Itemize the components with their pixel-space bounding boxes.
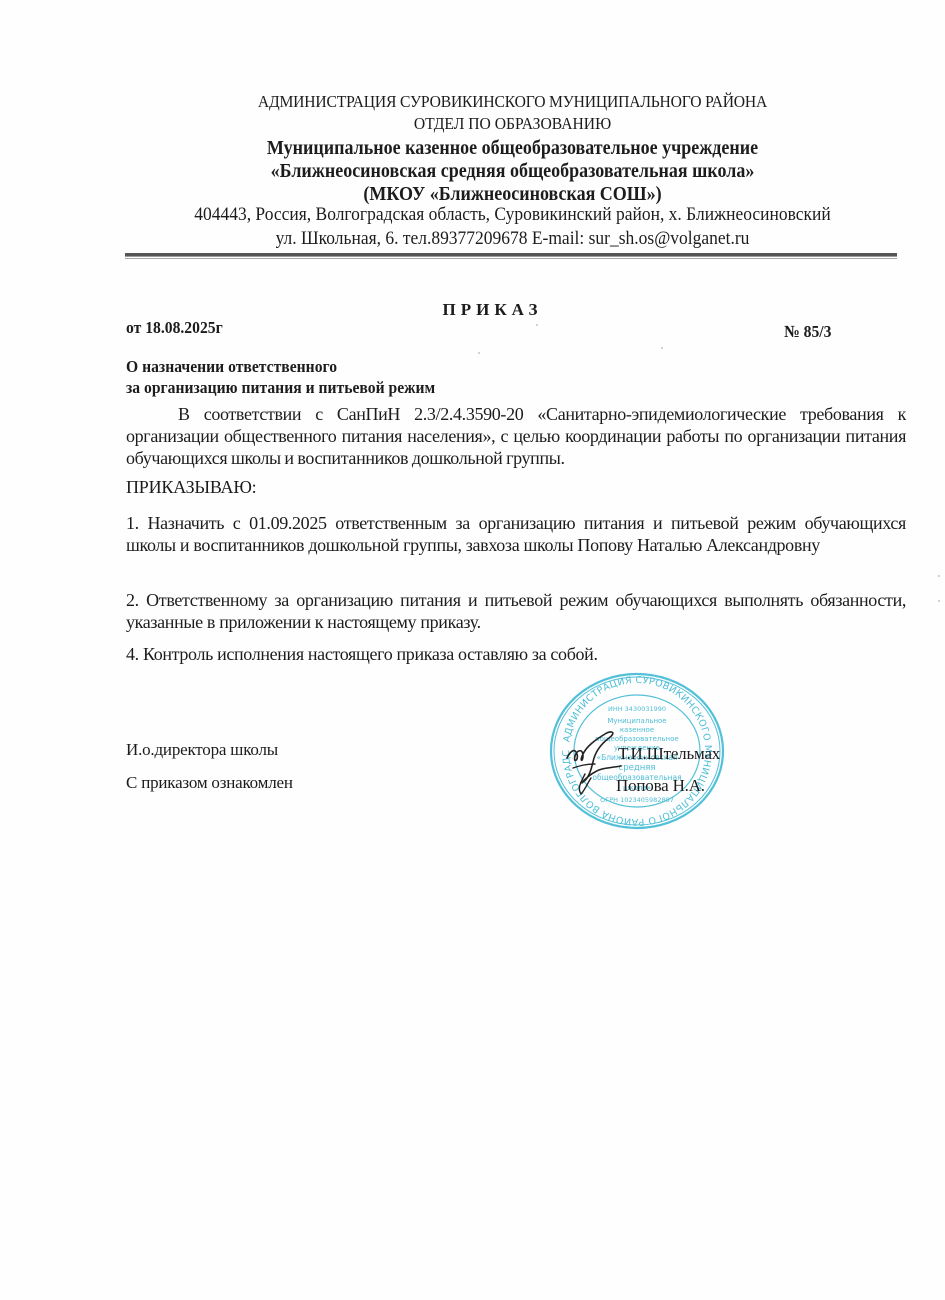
order-item-4: 4. Контроль исполнения настоящего приказ… <box>126 643 906 665</box>
document-page: АДМИНИСТРАЦИЯ СУРОВИКИНСКОГО МУНИЦИПАЛЬН… <box>0 0 945 1300</box>
order-date: от 18.08.2025г <box>126 318 223 338</box>
preamble-paragraph: В соответствии с СанПиН 2.3/2.4.3590-20 … <box>126 403 906 469</box>
director-name: Т.И.Штельмах <box>618 744 720 764</box>
acknowledged-person-name: Попова Н.А. <box>616 776 705 796</box>
order-number: № 85/3 <box>784 322 831 342</box>
header-school-name: «Ближнеосиновская средняя общеобразовате… <box>87 160 938 183</box>
order-title: ПРИКАЗ <box>0 300 945 320</box>
director-title-label: И.о.директора школы <box>126 740 278 760</box>
header-divider-thin <box>125 258 897 259</box>
scan-speck <box>938 575 940 577</box>
header-divider <box>125 253 897 257</box>
scan-speck <box>661 347 663 349</box>
header-contacts: ул. Школьная, 6. тел.89377209678 E-mail:… <box>78 228 945 250</box>
order-subject: О назначении ответственного за организац… <box>126 356 435 398</box>
order-item-2: 2. Ответственному за организацию питания… <box>126 589 906 633</box>
header-institution: Муниципальное казенное общеобразовательн… <box>87 137 938 160</box>
header-school-abbr: (МКОУ «Ближнеосиновская СОШ») <box>87 183 938 206</box>
scan-speck <box>938 600 940 602</box>
order-item-1: 1. Назначить с 01.09.2025 ответственным … <box>126 512 906 556</box>
handwritten-signature-icon <box>565 728 625 798</box>
order-subject-line-1: О назначении ответственного <box>126 356 435 377</box>
scan-speck <box>478 352 480 354</box>
header-address: 404443, Россия, Волгоградская область, С… <box>78 204 945 226</box>
svg-text:ИНН 3430031990: ИНН 3430031990 <box>608 705 666 713</box>
order-subject-line-2: за организацию питания и питьевой режим <box>126 377 435 398</box>
header-department: ОТДЕЛ ПО ОБРАЗОВАНИЮ <box>78 114 945 134</box>
svg-text:Муниципальное: Муниципальное <box>607 717 666 725</box>
scan-speck <box>700 545 702 547</box>
directive-heading: ПРИКАЗЫВАЮ: <box>126 476 906 498</box>
header-administration: АДМИНИСТРАЦИЯ СУРОВИКИНСКОГО МУНИЦИПАЛЬН… <box>78 92 945 112</box>
scan-speck <box>536 324 538 326</box>
acknowledgement-label: С приказом ознакомлен <box>126 773 293 793</box>
